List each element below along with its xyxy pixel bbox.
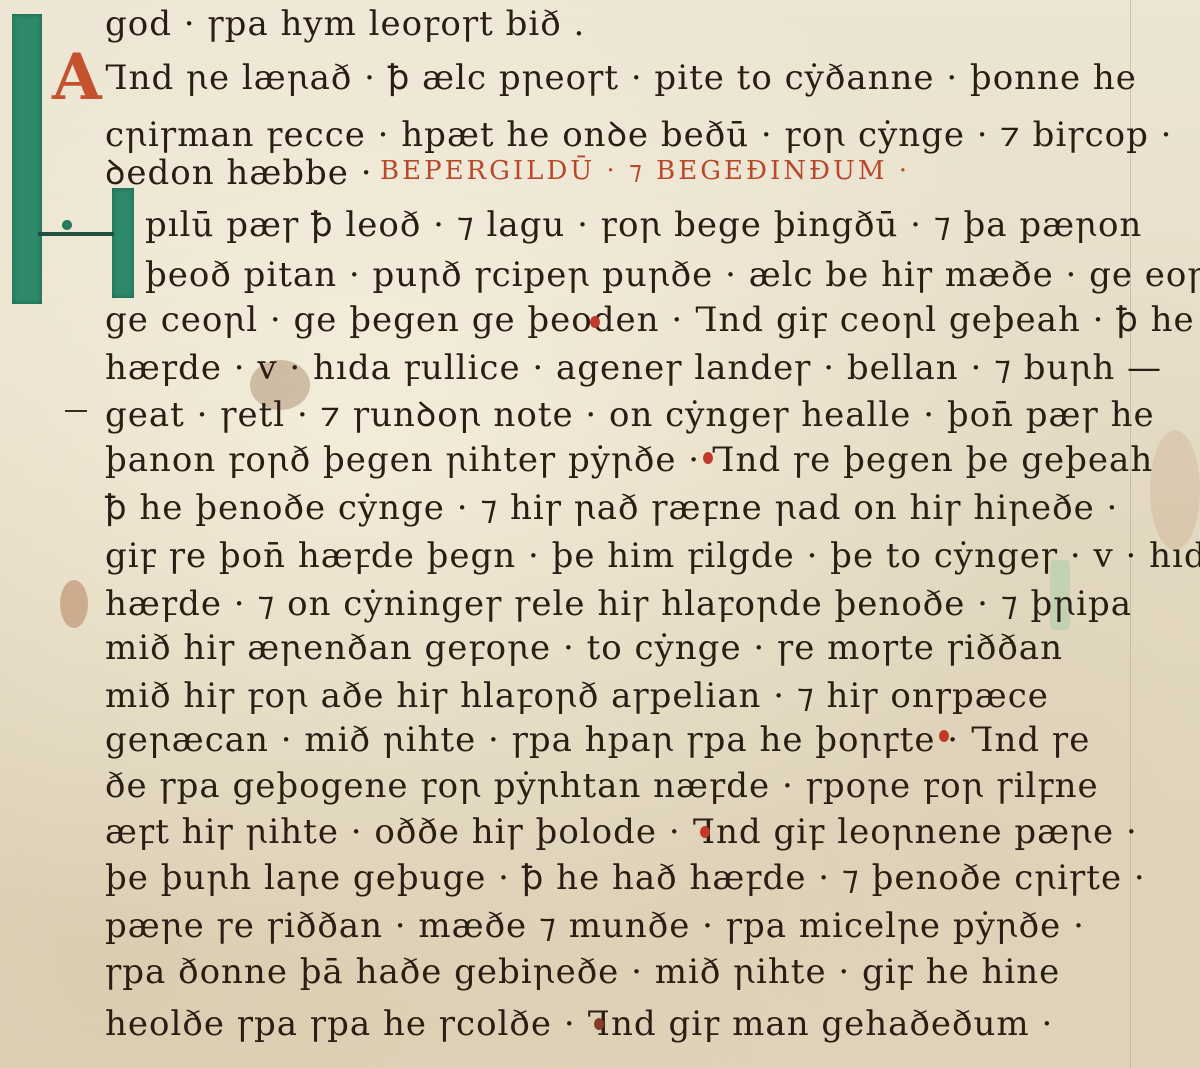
text-line: geat · ꞅetl · ⁊ ꞅunꝺoꞃ note · on cẏngeꞅ … — [105, 390, 1155, 436]
text-line: þanon ꝼoꞃð þegen ꞃihteꞅ pẏꞃðe · Ꞁnd ꞅe þ… — [105, 440, 1153, 480]
text-line: þeoð pitan · puꞃð ꞅcipeꞃ puꞃðe · ælc be … — [145, 255, 1200, 295]
text-line: æꝼt hiꞅ ꞃihte · oððe hiꞅ þolode · Ꞁnd gi… — [105, 812, 1138, 852]
text-line: hæꝼde · v · hıda ꝼullice · ageneꞅ landeꞅ… — [105, 348, 1162, 388]
text-line: hæꝼde · ⁊ on cẏningeꞅ ꞅele hiꞅ hlaꝼoꞃde … — [105, 584, 1132, 624]
margin-dash — [65, 410, 87, 412]
text-line: mið hiꞅ ꝼoꞃ aðe hiꞅ hlaꝼoꞃð aꞅpelian · ⁊… — [105, 676, 1049, 716]
text-line: ꝥ he þenoðe cẏnge · ⁊ hiꞅ ꞃað ꞅæꝼne ꞃad … — [105, 488, 1118, 528]
rubric-heading: BEPERGILDŪ · ⁊ BEGEÐINÐUM · — [380, 156, 910, 186]
red-capital-mark — [590, 316, 600, 328]
red-capital-mark — [594, 1018, 604, 1030]
text-line: pılū pæꞅ ꝥ leoð · ⁊ lagu · ꝼoꞃ bege þing… — [145, 205, 1142, 245]
ruling-line — [1130, 0, 1131, 1068]
text-line: þe þuꞃh laꞃe geþuge · ꝥ he hað hæꝼde · ⁊… — [105, 858, 1146, 898]
text-line: mið hiꞅ æꞃenðan geꝼoꞃe · to cẏnge · ꞅe m… — [105, 628, 1063, 668]
text-line: god · ꞅpa hym leoꝼoꞅt bið . — [105, 4, 585, 44]
text-line: giꝼ ꞅe þon̄ hæꝼde þegn · þe him ꝼilgde ·… — [105, 536, 1200, 576]
red-capital-mark — [939, 730, 949, 742]
text-line: ꝺedon hæbbe · — [105, 148, 373, 194]
text-line: ꞅpa ðonne þā haðe gebiꞃeðe · mið ꞃihte ·… — [105, 952, 1060, 992]
text-line: Ꞁnd ꞃe læꞃað · ꝥ ælc pꞃeoꞅt · pite to cẏ… — [105, 58, 1137, 98]
manuscript-folio: A god · ꞅpa hym leoꝼoꞅt bið . Ꞁnd ꞃe læꞃ… — [0, 0, 1200, 1068]
text-line: pæꞃe ꞅe ꞅiððan · mæðe ⁊ munðe · ꞅpa mice… — [105, 906, 1085, 946]
decorated-initial-a: A — [52, 40, 102, 115]
text-line: ðe ꞅpa geþogene ꝼoꞃ pẏꞃhtan næꝼde · ꞅpoꞃ… — [105, 766, 1099, 806]
red-capital-mark — [703, 452, 713, 464]
red-capital-mark — [700, 826, 710, 838]
text-line: ge ceoꞃl · ge þegen ge þeoden · Ꞁnd giꝼ … — [105, 300, 1195, 340]
stain — [60, 580, 88, 628]
text-line: heolðe ꞅpa ꞅpa he ꞅcolðe · Ꞁnd giꝼ man g… — [105, 1004, 1053, 1044]
stain — [1150, 430, 1200, 550]
